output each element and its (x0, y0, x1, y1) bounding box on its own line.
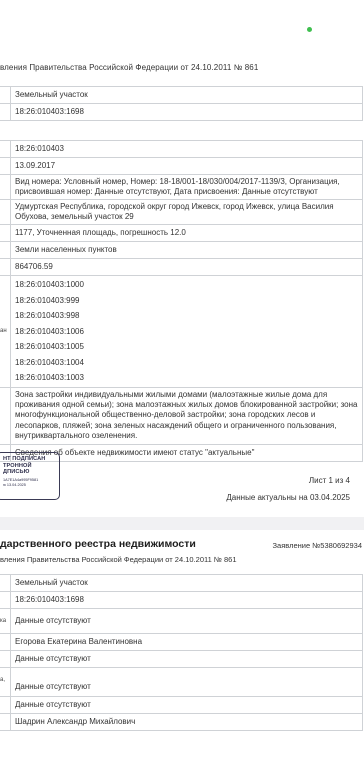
page2-table: Земельный участок 18:26:010403:1698 ка Д… (0, 574, 363, 731)
object-type-value: Земельный участок (11, 575, 363, 592)
table-row: Вид номера: Условный номер, Номер: 18-18… (0, 175, 363, 200)
list-item: 18:26:010403:999 (15, 293, 362, 309)
row-label (0, 104, 11, 121)
row-label (0, 387, 11, 444)
list-item: 18:26:010403:1003 (15, 370, 362, 386)
row-label (0, 141, 11, 158)
page1-table-main: 18:26:010403 13.09.2017 Вид номера: Усло… (0, 140, 363, 462)
row-label (0, 158, 11, 175)
table-row: Шадрин Александр Михайлович (0, 714, 363, 731)
row-label (0, 592, 11, 609)
row-label (0, 634, 11, 651)
object-type-value: Земельный участок (11, 87, 363, 104)
row-label: ка (0, 609, 11, 634)
page-separator (0, 517, 364, 530)
list-item: 18:26:010403:1000 (15, 277, 362, 293)
page2-subtitle: вления Правительства Российской Федераци… (0, 555, 237, 564)
table-row: Егорова Екатерина Валентиновна (0, 634, 363, 651)
table-row: Земельный участок (0, 575, 363, 592)
cadastral-number-value: 18:26:010403:1698 (11, 104, 363, 121)
sheet-number: Лист 1 из 4 (309, 476, 350, 485)
table-row: 18:26:010403:1698 (0, 592, 363, 609)
stamp-title-3: ДПИСЬЮ (3, 469, 59, 476)
row-label (0, 697, 11, 714)
page1-header-subtitle: вления Правительства Российской Федераци… (0, 63, 258, 72)
table-row: 13.09.2017 (0, 158, 363, 175)
registration-date-value: 13.09.2017 (11, 158, 363, 175)
table-row: Земли населенных пунктов (0, 242, 363, 259)
row-value: Данные отсутствуют (11, 609, 363, 634)
list-item: 18:26:010403:1005 (15, 339, 362, 355)
row-label (0, 259, 11, 276)
row-value: Данные отсутствуют (11, 697, 363, 714)
list-item: 18:26:010403:1004 (15, 355, 362, 371)
table-row: Земельный участок (0, 87, 363, 104)
status-value: Сведения об объекте недвижимости имеют с… (11, 444, 363, 461)
list-item: 18:26:010403:1006 (15, 324, 362, 340)
table-row: Данные отсутствуют (0, 651, 363, 668)
area-value: 1177, Уточненная площадь, погрешность 12… (11, 225, 363, 242)
row-label (0, 175, 11, 200)
land-category-value: Земли населенных пунктов (11, 242, 363, 259)
page2-title: дарственного реестра недвижимости (0, 538, 196, 550)
table-row: 1177, Уточненная площадь, погрешность 12… (0, 225, 363, 242)
owner-name-value: Егорова Екатерина Валентиновна (11, 634, 363, 651)
row-value: Данные отсутствуют (11, 668, 363, 697)
row-value: Данные отсутствуют (11, 651, 363, 668)
row-label (0, 225, 11, 242)
table-row: Удмуртская Республика, городской округ г… (0, 200, 363, 225)
address-value: Удмуртская Республика, городской округ г… (11, 200, 363, 225)
cadastral-number-value: 18:26:010403:1698 (11, 592, 363, 609)
table-row: 864706.59 (0, 259, 363, 276)
row-label: ан (0, 276, 11, 388)
data-actual-date: Данные актуальны на 03.04.2025 (226, 493, 350, 502)
person-name-value: Шадрин Александр Михайлович (11, 714, 363, 731)
cadastral-quarter-value: 18:26:010403 (11, 141, 363, 158)
table-row: ка Данные отсутствуют (0, 609, 363, 634)
stamp-date: ю 13.04.2025 (3, 483, 59, 488)
row-label (0, 200, 11, 225)
cadastral-value: 864706.59 (11, 259, 363, 276)
digital-signature-stamp: НТ ПОДПИСАН ТРОННОЙ ДПИСЬЮ 1A7E1A4a995F9… (0, 452, 60, 500)
buildings-list: 18:26:010403:1000 18:26:010403:999 18:26… (11, 276, 363, 388)
application-number: Заявление №5380692934 (273, 541, 362, 550)
page1-table-top: Земельный участок 18:26:010403:1698 (0, 86, 363, 121)
row-label (0, 714, 11, 731)
table-row: Данные отсутствуют (0, 697, 363, 714)
status-dot (307, 27, 312, 32)
zoning-value: Зона застройки индивидуальными жилыми до… (11, 387, 363, 444)
table-row: 18:26:010403:1698 (0, 104, 363, 121)
row-label (0, 87, 11, 104)
row-label (0, 575, 11, 592)
table-row: 18:26:010403 (0, 141, 363, 158)
row-label (0, 651, 11, 668)
table-row: а, Данные отсутствуют (0, 668, 363, 697)
table-row: Зона застройки индивидуальными жилыми до… (0, 387, 363, 444)
previous-numbers-value: Вид номера: Условный номер, Номер: 18-18… (11, 175, 363, 200)
row-label: а, (0, 668, 11, 697)
row-label (0, 242, 11, 259)
list-item: 18:26:010403:998 (15, 308, 362, 324)
table-row: ан 18:26:010403:1000 18:26:010403:999 18… (0, 276, 363, 388)
